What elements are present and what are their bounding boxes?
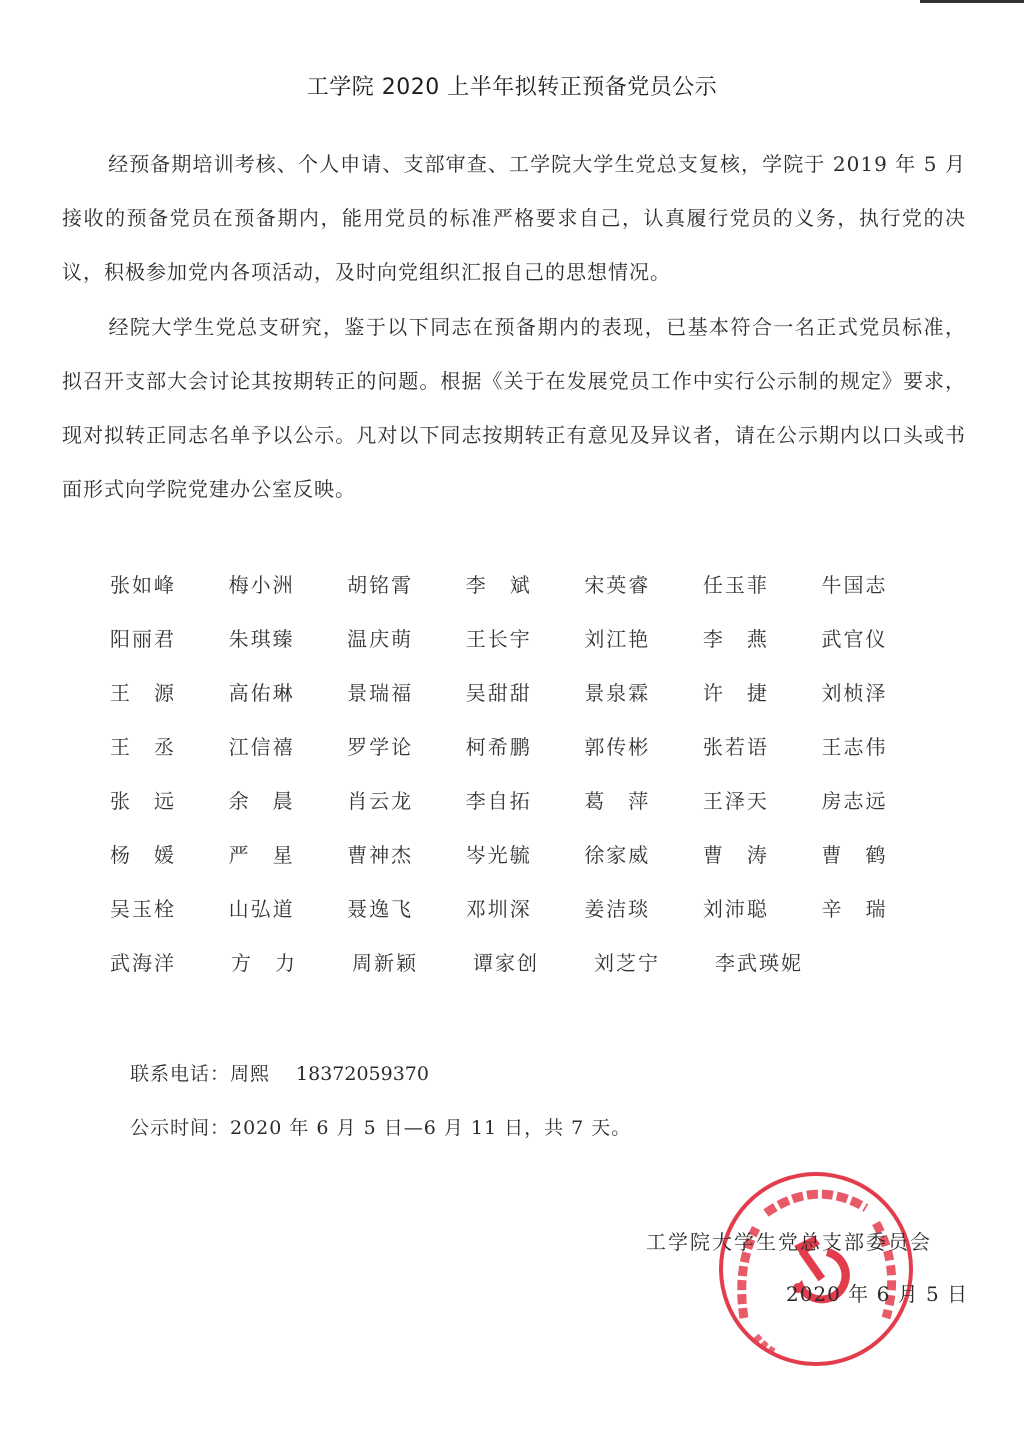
member-name: 王 丞: [110, 727, 229, 781]
member-name: 武官仪: [821, 619, 940, 673]
member-name: 刘芝宁: [594, 943, 715, 997]
member-name: 邓圳深: [466, 889, 585, 943]
member-name: 江信禧: [229, 727, 348, 781]
name-row: 王 丞江信禧罗学论柯希鹏郭传彬张若语王志伟: [110, 727, 940, 781]
signature-organization: 工学院大学生党总支部委员会: [646, 1226, 932, 1258]
member-name: 刘沛聪: [703, 889, 822, 943]
member-name: 徐家威: [584, 835, 703, 889]
name-row: 阳丽君朱琪臻温庆萌王长宇刘江艳李 燕武官仪: [110, 619, 940, 673]
member-name: 刘江艳: [584, 619, 703, 673]
paragraph-1: 经预备期培训考核、个人申请、支部审查、工学院大学生党总支复核，学院于 2019 …: [62, 137, 966, 299]
member-name: 王长宇: [466, 619, 585, 673]
member-name: 吴玉栓: [110, 889, 229, 943]
publicity-period: 公示时间：2020 年 6 月 5 日—6 月 11 日，共 7 天。: [130, 1112, 631, 1144]
member-name: 梅小洲: [229, 565, 348, 619]
member-name: 聂逸飞: [347, 889, 466, 943]
contact-phone: 18372059370: [296, 1063, 429, 1085]
member-name: 岑光毓: [466, 835, 585, 889]
member-name: 王 源: [110, 673, 229, 727]
member-name: 方 力: [231, 943, 352, 997]
member-name: 朱琪臻: [229, 619, 348, 673]
member-name: 阳丽君: [110, 619, 229, 673]
contact-line: 联系电话：周熙18372059370: [130, 1058, 429, 1090]
member-name: 李 燕: [703, 619, 822, 673]
member-name: 曹神杰: [347, 835, 466, 889]
signature-date: 2020 年 6 月 5 日: [786, 1278, 968, 1310]
member-name: 柯希鹏: [466, 727, 585, 781]
name-row: 王 源高佑琳景瑞福吴甜甜景泉霖许 捷刘桢泽: [110, 673, 940, 727]
member-name: 李武瑛妮: [715, 943, 836, 997]
member-name: 周新颖: [352, 943, 473, 997]
member-name: 张如峰: [110, 565, 229, 619]
member-name: 山弘道: [229, 889, 348, 943]
member-name: 牛国志: [821, 565, 940, 619]
member-name: 谭家创: [473, 943, 594, 997]
member-name: 严 星: [229, 835, 348, 889]
member-name: 张 远: [110, 781, 229, 835]
member-name: 温庆萌: [347, 619, 466, 673]
paragraph-1-text: 经预备期培训考核、个人申请、支部审查、工学院大学生党总支复核，学院于 2019 …: [62, 152, 966, 284]
paragraph-2-text: 经院大学生党总支研究，鉴于以下同志在预备期内的表现，已基本符合一名正式党员标准，…: [62, 315, 966, 501]
member-name: 郭传彬: [584, 727, 703, 781]
name-row: 张如峰梅小洲胡铭霄李 斌宋英睿任玉菲牛国志: [110, 565, 940, 619]
name-row: 张 远余 晨肖云龙李自拓葛 萍王泽天房志远: [110, 781, 940, 835]
name-list: 张如峰梅小洲胡铭霄李 斌宋英睿任玉菲牛国志阳丽君朱琪臻温庆萌王长宇刘江艳李 燕武…: [110, 565, 940, 997]
member-name: 王志伟: [821, 727, 940, 781]
member-name: 李自拓: [466, 781, 585, 835]
paragraph-2: 经院大学生党总支研究，鉴于以下同志在预备期内的表现，已基本符合一名正式党员标准，…: [62, 300, 966, 516]
member-name: 许 捷: [703, 673, 822, 727]
member-name: 曹 鹤: [821, 835, 940, 889]
member-name: 任玉菲: [703, 565, 822, 619]
member-name: 胡铭霄: [347, 565, 466, 619]
member-name: 刘桢泽: [821, 673, 940, 727]
member-name: 罗学论: [347, 727, 466, 781]
name-row: 吴玉栓山弘道聂逸飞邓圳深姜洁琰刘沛聪辛 瑞: [110, 889, 940, 943]
member-name: 曹 涛: [703, 835, 822, 889]
member-name: 杨 媛: [110, 835, 229, 889]
member-name: 余 晨: [229, 781, 348, 835]
member-name: 房志远: [821, 781, 940, 835]
member-name: 王泽天: [703, 781, 822, 835]
member-name: 宋英睿: [584, 565, 703, 619]
official-seal-icon: [716, 1168, 916, 1370]
document-title: 工学院 2020 上半年拟转正预备党员公示: [0, 70, 1024, 101]
contact-label: 联系电话：周熙: [130, 1063, 270, 1085]
member-name: 景瑞福: [347, 673, 466, 727]
member-name: 李 斌: [466, 565, 585, 619]
name-row: 杨 媛严 星曹神杰岑光毓徐家威曹 涛曹 鹤: [110, 835, 940, 889]
member-name: 张若语: [703, 727, 822, 781]
member-name: 辛 瑞: [821, 889, 940, 943]
member-name: 吴甜甜: [466, 673, 585, 727]
member-name: 景泉霖: [584, 673, 703, 727]
member-name: 武海洋: [110, 943, 231, 997]
member-name: 葛 萍: [584, 781, 703, 835]
member-name: 高佑琳: [229, 673, 348, 727]
name-row: 武海洋方 力周新颖谭家创刘芝宁李武瑛妮: [110, 943, 940, 997]
member-name: 肖云龙: [347, 781, 466, 835]
member-name: 姜洁琰: [584, 889, 703, 943]
scan-edge: [920, 0, 1024, 3]
